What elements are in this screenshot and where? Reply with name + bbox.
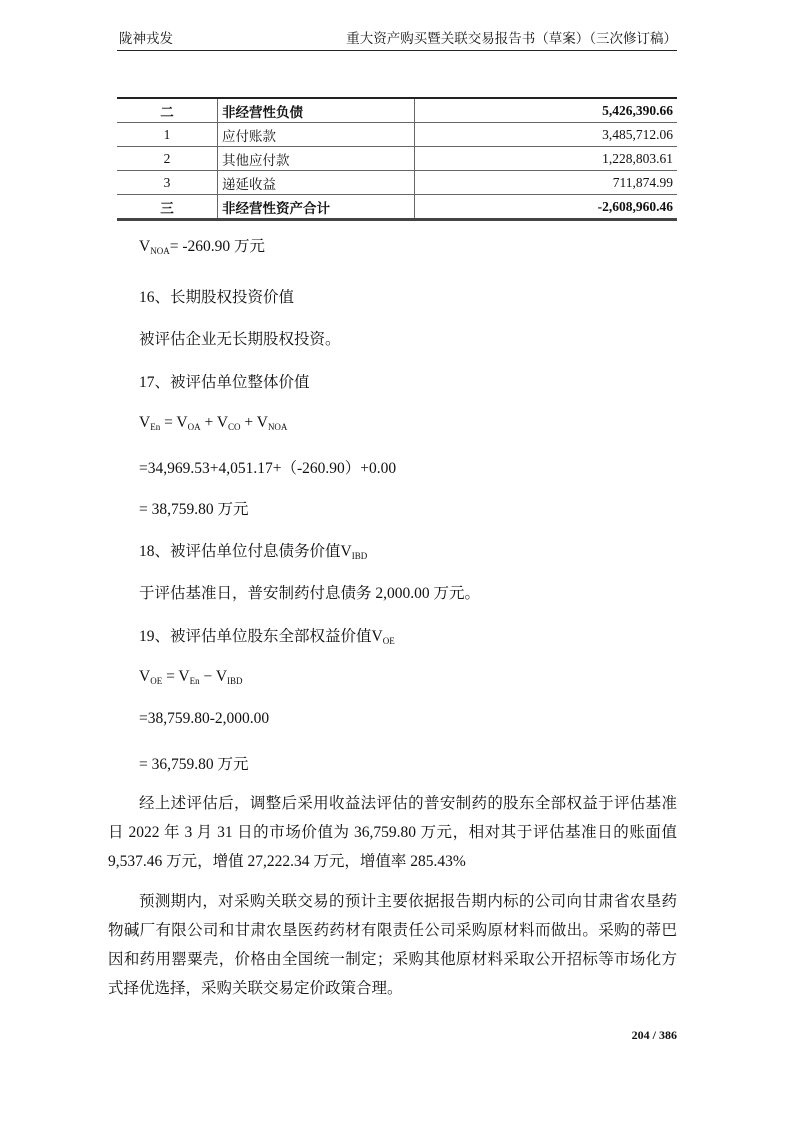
table-row: 2 其他应付款 1,228,803.61 — [117, 147, 677, 171]
row-value: 5,426,390.66 — [415, 98, 678, 123]
section-17-calc: =34,969.53+4,051.17+（-260.90）+0.00 — [139, 456, 396, 478]
row-no: 三 — [117, 195, 218, 220]
header-company: 陇神戎发 — [119, 27, 173, 47]
sub: CO — [228, 422, 241, 432]
related-transaction-paragraph: 预测期内，对采购关联交易的预计主要依据报告期内标的公司向甘肃省农垦药物碱厂有限公… — [108, 887, 677, 1003]
section-17-result: = 38,759.80 万元 — [139, 497, 249, 519]
row-value: 3,485,712.06 — [415, 123, 678, 147]
section-18-title: 18、被评估单位付息债务价值VIBD — [139, 539, 367, 561]
page-header: 陇神戎发 重大资产购买暨关联交易报告书（草案）（三次修订稿） — [117, 30, 677, 51]
vnoa-result: VNOA= -260.90 万元 — [139, 234, 265, 256]
table-row-total: 三 非经营性资产合计 -2,608,960.46 — [117, 195, 677, 220]
var-sub: NOA — [150, 246, 170, 256]
row-item: 非经营性资产合计 — [218, 195, 415, 220]
sub: En — [190, 676, 200, 686]
sub: En — [150, 422, 160, 432]
section-16-text: 被评估企业无长期股权投资。 — [139, 327, 341, 349]
section-19-result: = 36,759.80 万元 — [139, 752, 249, 774]
row-value: -2,608,960.46 — [415, 195, 678, 220]
sub: OA — [188, 422, 201, 432]
row-no: 2 — [117, 147, 218, 171]
section-18-text: 于评估基准日，普安制药付息债务 2,000.00 万元。 — [139, 581, 480, 603]
section-19-calc: =38,759.80-2,000.00 — [139, 710, 269, 728]
row-item: 其他应付款 — [218, 147, 415, 171]
row-value: 711,874.99 — [415, 171, 678, 195]
section-19-formula: VOE = VEn − VIBD — [139, 668, 243, 686]
row-item: 递延收益 — [218, 171, 415, 195]
page-number: 204 / 386 — [632, 1028, 677, 1043]
sub: OE — [383, 636, 395, 646]
row-no: 二 — [117, 98, 218, 123]
section-16-title: 16、长期股权投资价值 — [139, 285, 294, 307]
conclusion-paragraph: 经上述评估后，调整后采用收益法评估的普安制药的股东全部权益于评估基准日 2022… — [108, 789, 677, 876]
table-row: 1 应付账款 3,485,712.06 — [117, 123, 677, 147]
non-operating-table: 二 非经营性负债 5,426,390.66 1 应付账款 3,485,712.0… — [117, 97, 677, 221]
sub: IBD — [352, 551, 368, 561]
row-item: 非经营性负债 — [218, 98, 415, 123]
sub: IBD — [227, 676, 243, 686]
table-row: 二 非经营性负债 5,426,390.66 — [117, 98, 677, 123]
row-no: 1 — [117, 123, 218, 147]
title-text: 18、被评估单位付息债务价值V — [139, 543, 352, 560]
row-item: 应付账款 — [218, 123, 415, 147]
sub: OE — [150, 676, 162, 686]
title-text: 19、被评估单位股东全部权益价值V — [139, 628, 383, 645]
var-v: V — [139, 238, 150, 255]
row-value: 1,228,803.61 — [415, 147, 678, 171]
header-doc-title: 重大资产购买暨关联交易报告书（草案）（三次修订稿） — [346, 27, 677, 47]
section-17-formula: VEn = VOA + VCO + VNOA — [139, 414, 287, 432]
row-no: 3 — [117, 171, 218, 195]
section-17-title: 17、被评估单位整体价值 — [139, 370, 310, 392]
vnoa-value: = -260.90 万元 — [170, 238, 265, 255]
sub: NOA — [268, 422, 288, 432]
section-19-title: 19、被评估单位股东全部权益价值VOE — [139, 624, 395, 646]
table-row: 3 递延收益 711,874.99 — [117, 171, 677, 195]
